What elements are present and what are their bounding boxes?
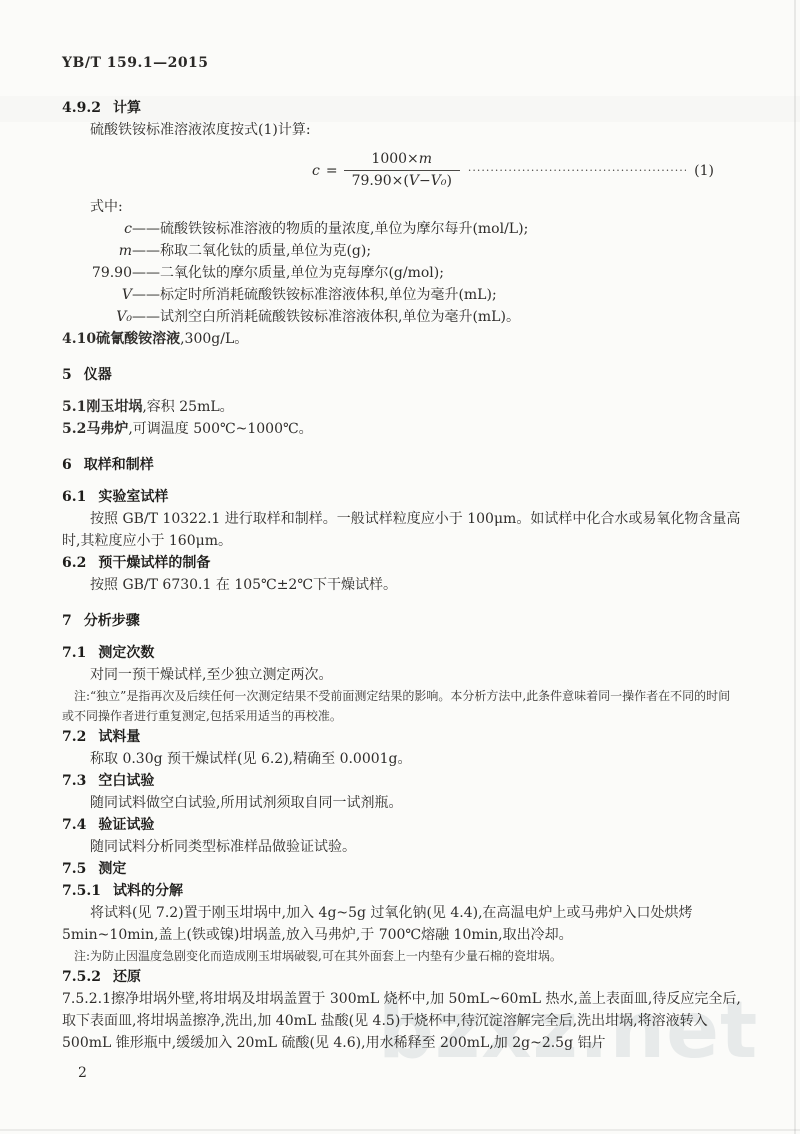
clause-term: 硫氰酸铵溶液 [96, 331, 180, 347]
clause-4-9-2-intro: 硫酸铁铵标准溶液浓度按式(1)计算: [62, 119, 742, 141]
clause-title: 预干燥试样的制备 [98, 555, 210, 571]
equals-sign: = [320, 160, 344, 182]
clause-7-5-2-heading: 7.5.2还原 [62, 966, 742, 988]
clause-title: 计算 [113, 100, 141, 116]
clause-7-5-1-heading: 7.5.1试料的分解 [62, 880, 742, 902]
clause-title: 实验室试样 [98, 489, 168, 505]
section-title: 仪器 [84, 367, 112, 383]
section-6-heading: 6取样和制样 [62, 454, 742, 476]
section-number: 6 [62, 457, 72, 473]
symbol-row: V₀——试剂空白所消耗硫酸铁铵标准溶液体积,单位为毫升(mL)。 [62, 306, 742, 328]
symbol-row: V——标定时所消耗硫酸铁铵标准溶液体积,单位为毫升(mL); [62, 284, 742, 306]
clause-number: 6.1 [62, 489, 86, 505]
formula-equation: c = 1000×m 79.90×(V−V₀) ················… [62, 149, 742, 192]
clause-title: 还原 [113, 969, 141, 985]
clause-7-1-note: 注:“独立”是指再次及后续任何一次测定结果不受前面测定结果的影响。本分析方法中,… [62, 686, 742, 726]
symbol-desc: 标定时所消耗硫酸铁铵标准溶液体积,单位为毫升(mL); [160, 284, 742, 306]
symbol-desc: 二氧化钛的摩尔质量,单位为克每摩尔(g/mol); [160, 262, 742, 284]
clause-term: 马弗炉 [86, 421, 128, 437]
symbol-dash: —— [132, 306, 160, 328]
clause-number: 4.10 [62, 331, 96, 347]
clause-number: 7.4 [62, 817, 86, 833]
clause-7-4-text: 随同试料分析同类型标准样品做验证试验。 [62, 836, 742, 858]
symbol-dash: —— [132, 284, 160, 306]
clause-6-2-text: 按照 GB/T 6730.1 在 105℃±2℃下干燥试样。 [62, 574, 742, 596]
clause-number: 7.5.2 [62, 969, 101, 985]
clause-7-5-1-text: 将试料(见 7.2)置于刚玉坩埚中,加入 4g~5g 过氧化钠(见 4.4),在… [62, 902, 742, 946]
dotted-leader: ········································… [468, 160, 686, 182]
doc-number: YB/T 159.1—2015 [62, 52, 742, 74]
symbol-dash: —— [132, 262, 160, 284]
clause-7-5-heading: 7.5测定 [62, 858, 742, 880]
clause-4-10: 4.10硫氰酸铵溶液,300g/L。 [62, 328, 742, 350]
clause-number: 7.3 [62, 773, 86, 789]
document-page: bzxz.net YB/T 159.1—2015 4.9.2计算 硫酸铁铵标准溶… [0, 0, 800, 1134]
symbol: V [62, 284, 132, 306]
clause-7-3-text: 随同试料做空白试验,所用试剂须取自同一试剂瓶。 [62, 792, 742, 814]
minus-sign: − [419, 173, 431, 189]
symbol: c [62, 218, 132, 240]
clause-number: 7.2 [62, 729, 86, 745]
clause-text: ,300g/L。 [180, 331, 248, 347]
equation-number: (1) [694, 160, 742, 182]
clause-number: 5.2 [62, 421, 86, 437]
clause-number: 7.5 [62, 861, 86, 877]
clause-6-1-text: 按照 GB/T 10322.1 进行取样和制样。一般试样粒度应小于 100μm。… [62, 508, 742, 552]
clause-7-4-heading: 7.4验证试验 [62, 814, 742, 836]
clause-number: 7.5.1 [62, 883, 101, 899]
clause-number: 5.1 [62, 399, 86, 415]
symbol-dash: —— [132, 218, 160, 240]
clause-6-1-heading: 6.1实验室试样 [62, 486, 742, 508]
clause-text: ,可调温度 500℃~1000℃。 [128, 421, 312, 437]
clause-5-1: 5.1刚玉坩埚,容积 25mL。 [62, 396, 742, 418]
clause-title: 测定次数 [98, 645, 154, 661]
clause-text: ,容积 25mL。 [142, 399, 233, 415]
denominator-variable-v: V [409, 173, 419, 189]
denominator-variable-v0: V₀ [431, 173, 447, 189]
clause-title: 测定 [98, 861, 126, 877]
section-title: 取样和制样 [84, 457, 154, 473]
clause-7-2-text: 称取 0.30g 预干燥试样(见 6.2),精确至 0.0001g。 [62, 748, 742, 770]
page-number: 2 [78, 1062, 742, 1084]
numerator-coefficient: 1000× [371, 151, 418, 167]
clause-7-5-2-1-text: 7.5.2.1擦净坩埚外壁,将坩埚及坩埚盖置于 300mL 烧杯中,加 50mL… [62, 988, 742, 1054]
clause-title: 试料量 [98, 729, 140, 745]
numerator-variable: m [419, 151, 432, 167]
symbol-desc: 称取二氧化钛的质量,单位为克(g); [160, 240, 742, 262]
clause-5-2: 5.2马弗炉,可调温度 500℃~1000℃。 [62, 418, 742, 440]
symbol-desc: 试剂空白所消耗硫酸铁铵标准溶液体积,单位为毫升(mL)。 [160, 306, 742, 328]
section-number: 7 [62, 613, 72, 629]
section-number: 5 [62, 367, 72, 383]
formula-lhs: c [312, 160, 320, 182]
scan-edge-bottom [0, 1129, 800, 1131]
clause-7-3-heading: 7.3空白试验 [62, 770, 742, 792]
denominator-coefficient: 79.90×( [352, 173, 409, 189]
clause-title: 空白试验 [98, 773, 154, 789]
clause-term: 刚玉坩埚 [86, 399, 142, 415]
symbols-label: 式中: [62, 196, 742, 218]
clause-7-5-1-note: 注:为防止因温度急剧变化而造成刚玉坩埚破裂,可在其外面套上一内垫有少量石棉的瓷坩… [62, 946, 742, 966]
clause-7-1-text: 对同一预干燥试样,至少独立测定两次。 [62, 664, 742, 686]
clause-title: 验证试验 [98, 817, 154, 833]
scan-edge-right [794, 0, 796, 1134]
symbol: 79.90 [62, 262, 132, 284]
denominator-close-paren: ) [446, 173, 451, 189]
clause-4-9-2-heading: 4.9.2计算 [62, 97, 742, 119]
clause-title: 试料的分解 [113, 883, 183, 899]
section-7-heading: 7分析步骤 [62, 610, 742, 632]
symbol-row: m——称取二氧化钛的质量,单位为克(g); [62, 240, 742, 262]
fraction-numerator: 1000×m [344, 149, 460, 171]
symbol-row: 79.90——二氧化钛的摩尔质量,单位为克每摩尔(g/mol); [62, 262, 742, 284]
page-content: YB/T 159.1—2015 4.9.2计算 硫酸铁铵标准溶液浓度按式(1)计… [0, 0, 800, 1084]
symbol: m [62, 240, 132, 262]
symbol-dash: —— [132, 240, 160, 262]
clause-7-2-heading: 7.2试料量 [62, 726, 742, 748]
symbol: V₀ [62, 306, 132, 328]
clause-7-1-heading: 7.1测定次数 [62, 642, 742, 664]
fraction: 1000×m 79.90×(V−V₀) [344, 149, 460, 192]
clause-number: 4.9.2 [62, 100, 101, 116]
section-title: 分析步骤 [84, 613, 140, 629]
clause-number: 7.5.2.1 [62, 991, 111, 1007]
symbol-row: c——硫酸铁铵标准溶液的物质的量浓度,单位为摩尔每升(mol/L); [62, 218, 742, 240]
clause-number: 7.1 [62, 645, 86, 661]
clause-number: 6.2 [62, 555, 86, 571]
fraction-denominator: 79.90×(V−V₀) [344, 171, 460, 192]
section-5-heading: 5仪器 [62, 364, 742, 386]
clause-text: 擦净坩埚外壁,将坩埚及坩埚盖置于 300mL 烧杯中,加 50mL~60mL 热… [62, 991, 741, 1051]
symbol-desc: 硫酸铁铵标准溶液的物质的量浓度,单位为摩尔每升(mol/L); [160, 218, 742, 240]
clause-6-2-heading: 6.2预干燥试样的制备 [62, 552, 742, 574]
